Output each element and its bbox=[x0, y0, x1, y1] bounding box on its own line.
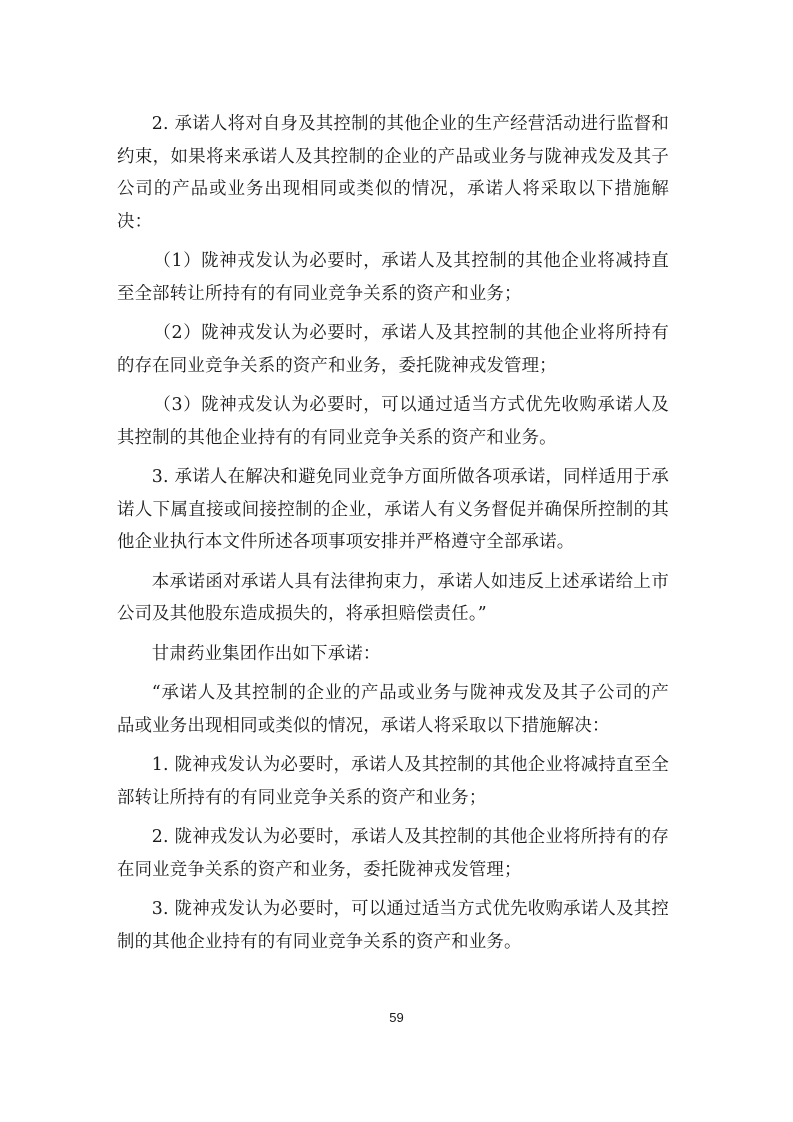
paragraph-measure-2: （2）陇神戎发认为必要时，承诺人及其控制的其他企业将所持有的存在同业竞争关系的资… bbox=[117, 317, 669, 382]
page-number: 59 bbox=[0, 1010, 793, 1025]
paragraph-binding-force: 本承诺函对承诺人具有法律拘束力，承诺人如违反上述承诺给上市公司及其他股东造成损失… bbox=[117, 566, 669, 631]
paragraph-gansu-measure-2: 2. 陇神戎发认为必要时，承诺人及其控制的其他企业将所持有的存在同业竞争关系的资… bbox=[117, 821, 669, 886]
paragraph-gansu-measure-1: 1. 陇神戎发认为必要时，承诺人及其控制的其他企业将减持直至全部转让所持有的有同… bbox=[117, 749, 669, 814]
paragraph-gansu-measure-3: 3. 陇神戎发认为必要时，可以通过适当方式优先收购承诺人及其控制的其他企业持有的… bbox=[117, 893, 669, 958]
body-text: 2. 承诺人将对自身及其控制的其他企业的生产经营活动进行监督和约束，如果将来承诺… bbox=[117, 108, 669, 958]
paragraph-measure-1: （1）陇神戎发认为必要时，承诺人及其控制的其他企业将减持直至全部转让所持有的有同… bbox=[117, 245, 669, 310]
paragraph-measure-3: （3）陇神戎发认为必要时，可以通过适当方式优先收购承诺人及其控制的其他企业持有的… bbox=[117, 389, 669, 454]
paragraph-commitment-2: 2. 承诺人将对自身及其控制的其他企业的生产经营活动进行监督和约束，如果将来承诺… bbox=[117, 108, 669, 238]
paragraph-commitment-3: 3. 承诺人在解决和避免同业竞争方面所做各项承诺，同样适用于承诺人下属直接或间接… bbox=[117, 461, 669, 559]
document-page: 2. 承诺人将对自身及其控制的其他企业的生产经营活动进行监督和约束，如果将来承诺… bbox=[0, 0, 793, 1122]
paragraph-gansu-commitment: “承诺人及其控制的企业的产品或业务与陇神戎发及其子公司的产品或业务出现相同或类似… bbox=[117, 677, 669, 742]
paragraph-gansu-intro: 甘肃药业集团作出如下承诺： bbox=[117, 638, 669, 671]
